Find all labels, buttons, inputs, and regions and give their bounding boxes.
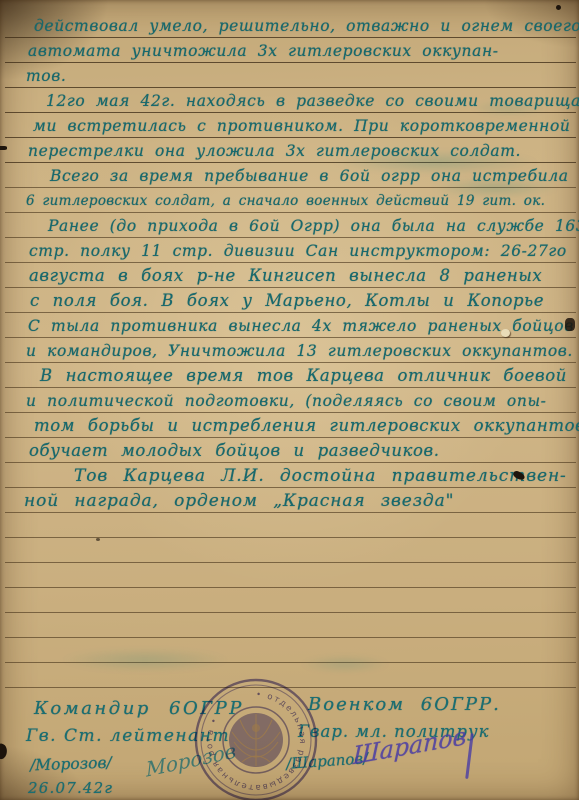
ink-smudge	[300, 655, 390, 673]
handwritten-line: Всего за время пребывание в 6ой огрр она…	[50, 163, 569, 188]
handwritten-line: ной награда, орденом „Красная звезда"	[24, 488, 454, 513]
handwritten-line: 12го мая 42г. находясь в разведке со сво…	[46, 88, 579, 113]
handwritten-line: действовал умело, решительно, отважно и …	[34, 13, 579, 38]
handwritten-line: С тыла противника вынесла 4х тяжело ране…	[28, 313, 574, 338]
ink-speck	[96, 538, 100, 541]
paper-hole	[501, 329, 510, 337]
handwritten-line: тов.	[26, 63, 66, 88]
handwritten-line: с поля боя. В боях у Марьено, Котлы и Ко…	[30, 288, 544, 313]
handwritten-line: том борьбы и истребления гитлеровских ок…	[34, 413, 579, 438]
ink-speck	[0, 743, 9, 761]
handwritten-line: 6 гитлеровских солдат, а сначало военных…	[26, 188, 545, 213]
ink-smudge	[60, 648, 230, 672]
handwritten-line: Тов Карцева Л.И. достойна правительствен…	[74, 463, 567, 488]
handwritten-line: стр. полку 11 стр. дивизии Сан инструкто…	[29, 238, 567, 263]
handwritten-line: ми встретилась с противником. При коротк…	[33, 113, 570, 138]
stamp-emblem	[229, 713, 283, 767]
ink-speck	[0, 146, 7, 150]
ink-speck	[565, 318, 575, 331]
round-stamp-graphic: • отдельная разведывательная рота •	[176, 672, 336, 800]
handwritten-line: перестрелки она уложила 3х гитлеровских …	[28, 138, 521, 163]
document-page: действовал умело, решительно, отважно и …	[0, 0, 579, 800]
round-stamp: • отдельная разведывательная рота •	[176, 672, 336, 800]
handwritten-line: и командиров, Уничтожила 13 гитлеровских…	[26, 338, 573, 363]
handwritten-line: и политической подготовки, (поделяясь со…	[26, 388, 547, 413]
document-date: 26.07.42г	[28, 779, 113, 797]
handwritten-line: В настоящее время тов Карцева отличник б…	[40, 363, 567, 388]
ink-speck	[556, 5, 561, 10]
handwritten-line: автомата уничтожила 3х гитлеровских окку…	[28, 38, 499, 63]
commander-name: /Морозов/	[30, 754, 112, 775]
handwritten-line: августа в боях р-не Кингисеп вынесла 8 р…	[29, 263, 542, 288]
handwritten-line: обучает молодых бойцов и разведчиков.	[29, 438, 440, 463]
handwritten-line: Ранее (до прихода в 6ой Огрр) она была н…	[48, 213, 579, 238]
commissar-title: Военком 6ОГРР.	[308, 694, 501, 715]
